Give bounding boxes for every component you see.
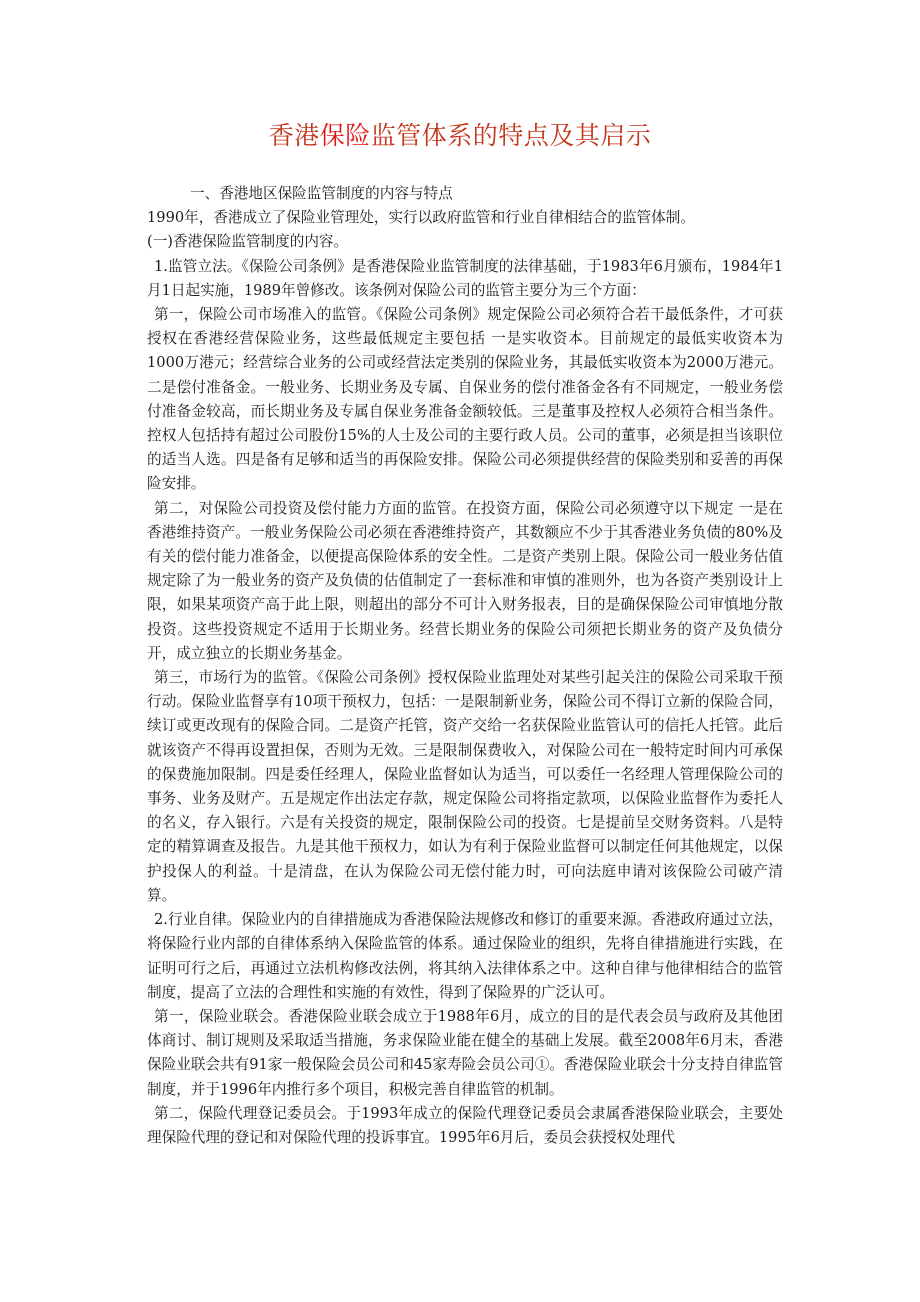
document-body: 一、香港地区保险监管制度的内容与特点 1990年，香港成立了保险业管理处，实行以… [147, 182, 783, 1150]
paragraph: 第一，保险业联会。香港保险业联会成立于1988年6月，成立的目的是代表会员与政府… [147, 1005, 783, 1102]
subsection-heading: (一)香港保险监管制度的内容。 [147, 230, 783, 254]
paragraph: 第一，保险公司市场准入的监管。《保险公司条例》规定保险公司必须符合若干最低条件，… [147, 303, 783, 497]
title-part-insurance: 保险 [320, 121, 371, 150]
paragraph: 1.监管立法。《保险公司条例》是香港保险业监管制度的法律基础，于1983年6月颁… [147, 255, 783, 303]
paragraph: 第二，保险代理登记委员会。于1993年成立的保险代理登记委员会隶属香港保险业联会… [147, 1102, 783, 1150]
document-title: 香港保险监管体系的特点及其启示 [0, 118, 920, 154]
title-part-rest: 监管体系的特点及其启示 [371, 121, 652, 150]
section-heading: 一、香港地区保险监管制度的内容与特点 [147, 182, 783, 206]
paragraph: 第二，对保险公司投资及偿付能力方面的监管。在投资方面，保险公司必须遵守以下规定 … [147, 497, 783, 666]
title-part-hongkong: 香港 [269, 121, 320, 150]
paragraph: 第三，市场行为的监管。《保险公司条例》授权保险业监理处对某些引起关注的保险公司采… [147, 666, 783, 908]
paragraph: 1990年，香港成立了保险业管理处，实行以政府监管和行业自律相结合的监管体制。 [147, 206, 783, 230]
document-page: 香港保险监管体系的特点及其启示 一、香港地区保险监管制度的内容与特点 1990年… [0, 0, 920, 1302]
paragraph: 2.行业自律。保险业内的自律措施成为香港保险法规修改和修订的重要来源。香港政府通… [147, 908, 783, 1005]
